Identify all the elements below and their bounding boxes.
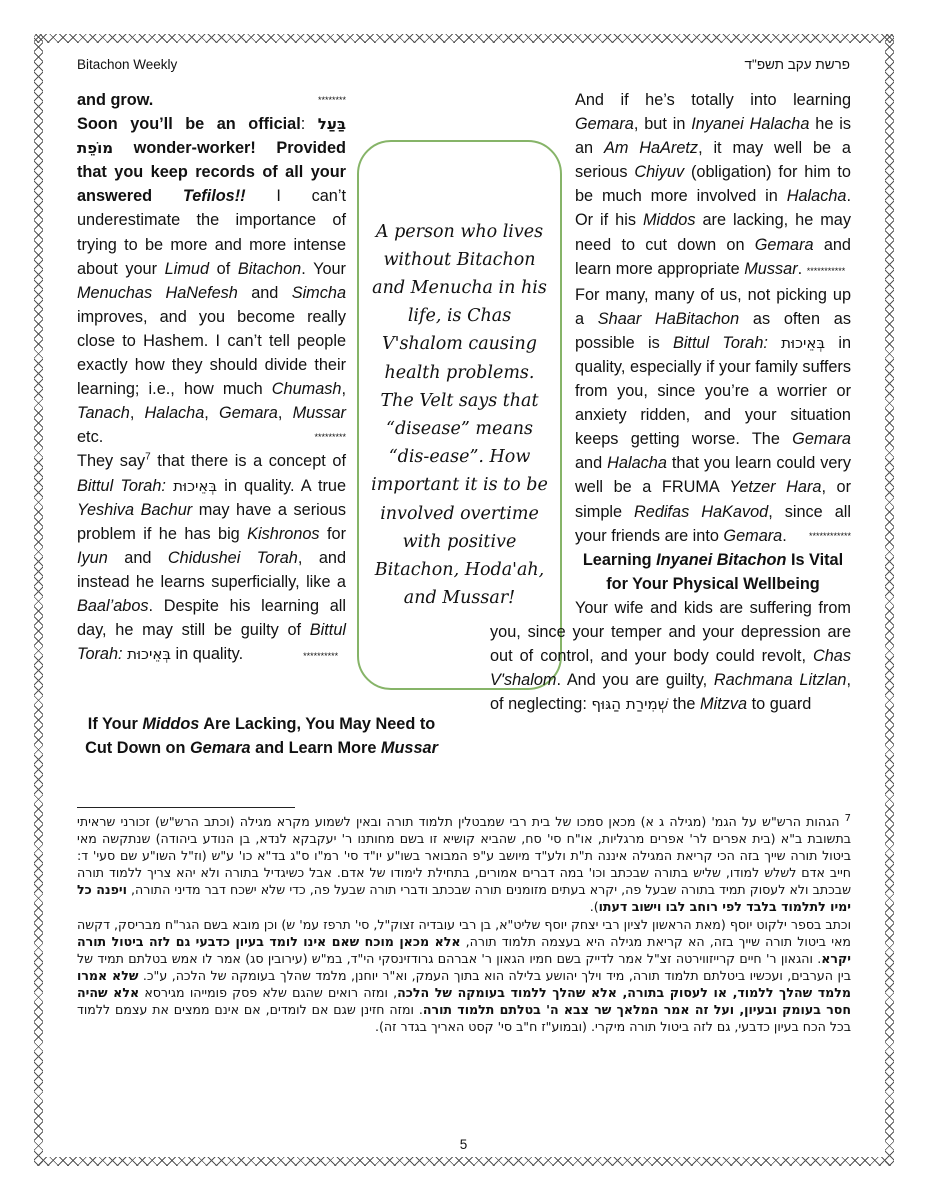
paragraph: and grow.******** <box>77 88 446 112</box>
section-separator: ************ <box>809 524 851 548</box>
section-separator: ********** <box>303 651 338 661</box>
parsha-title: פרשת עקב תשפ"ד <box>745 57 850 72</box>
footnote-separator <box>77 807 295 808</box>
footnote-number: 7 <box>845 813 851 824</box>
hebrew-phrase: שְׁמִירַת הַגּוּף <box>591 695 668 713</box>
quote-box-spacer-right <box>490 136 575 612</box>
publication-title: Bitachon Weekly <box>77 57 177 72</box>
section-separator: ********* <box>314 425 346 449</box>
section-separator: ******** <box>318 88 346 112</box>
hebrew-phrase: בְּאֵיכוּת <box>173 477 217 495</box>
hebrew-phrase: בְּאֵיכוּת <box>781 334 825 352</box>
footnotes-section: 7 הגהות הרש"ש על הגמ' (מגילה ג א) מכאן ס… <box>77 813 851 1035</box>
paragraph: Your wife and kids are suffering from yo… <box>490 596 851 716</box>
section-separator: *********** <box>807 266 846 276</box>
page-number: 5 <box>0 1137 927 1152</box>
footnote-7: 7 הגהות הרש"ש על הגמ' (מגילה ג א) מכאן ס… <box>77 813 851 916</box>
footnote-continuation: וכתב בספר ילקוט יוסף (מאת הראשון לציון ר… <box>77 916 851 1036</box>
hebrew-phrase: בְּאֵיכוּת <box>127 645 171 663</box>
right-column: And if he’s totally into learning Gemara… <box>490 88 851 716</box>
page-header: Bitachon Weekly פרשת עקב תשפ"ד <box>77 57 850 75</box>
section-heading: If Your Middos Are Lacking, You May Need… <box>77 712 446 760</box>
